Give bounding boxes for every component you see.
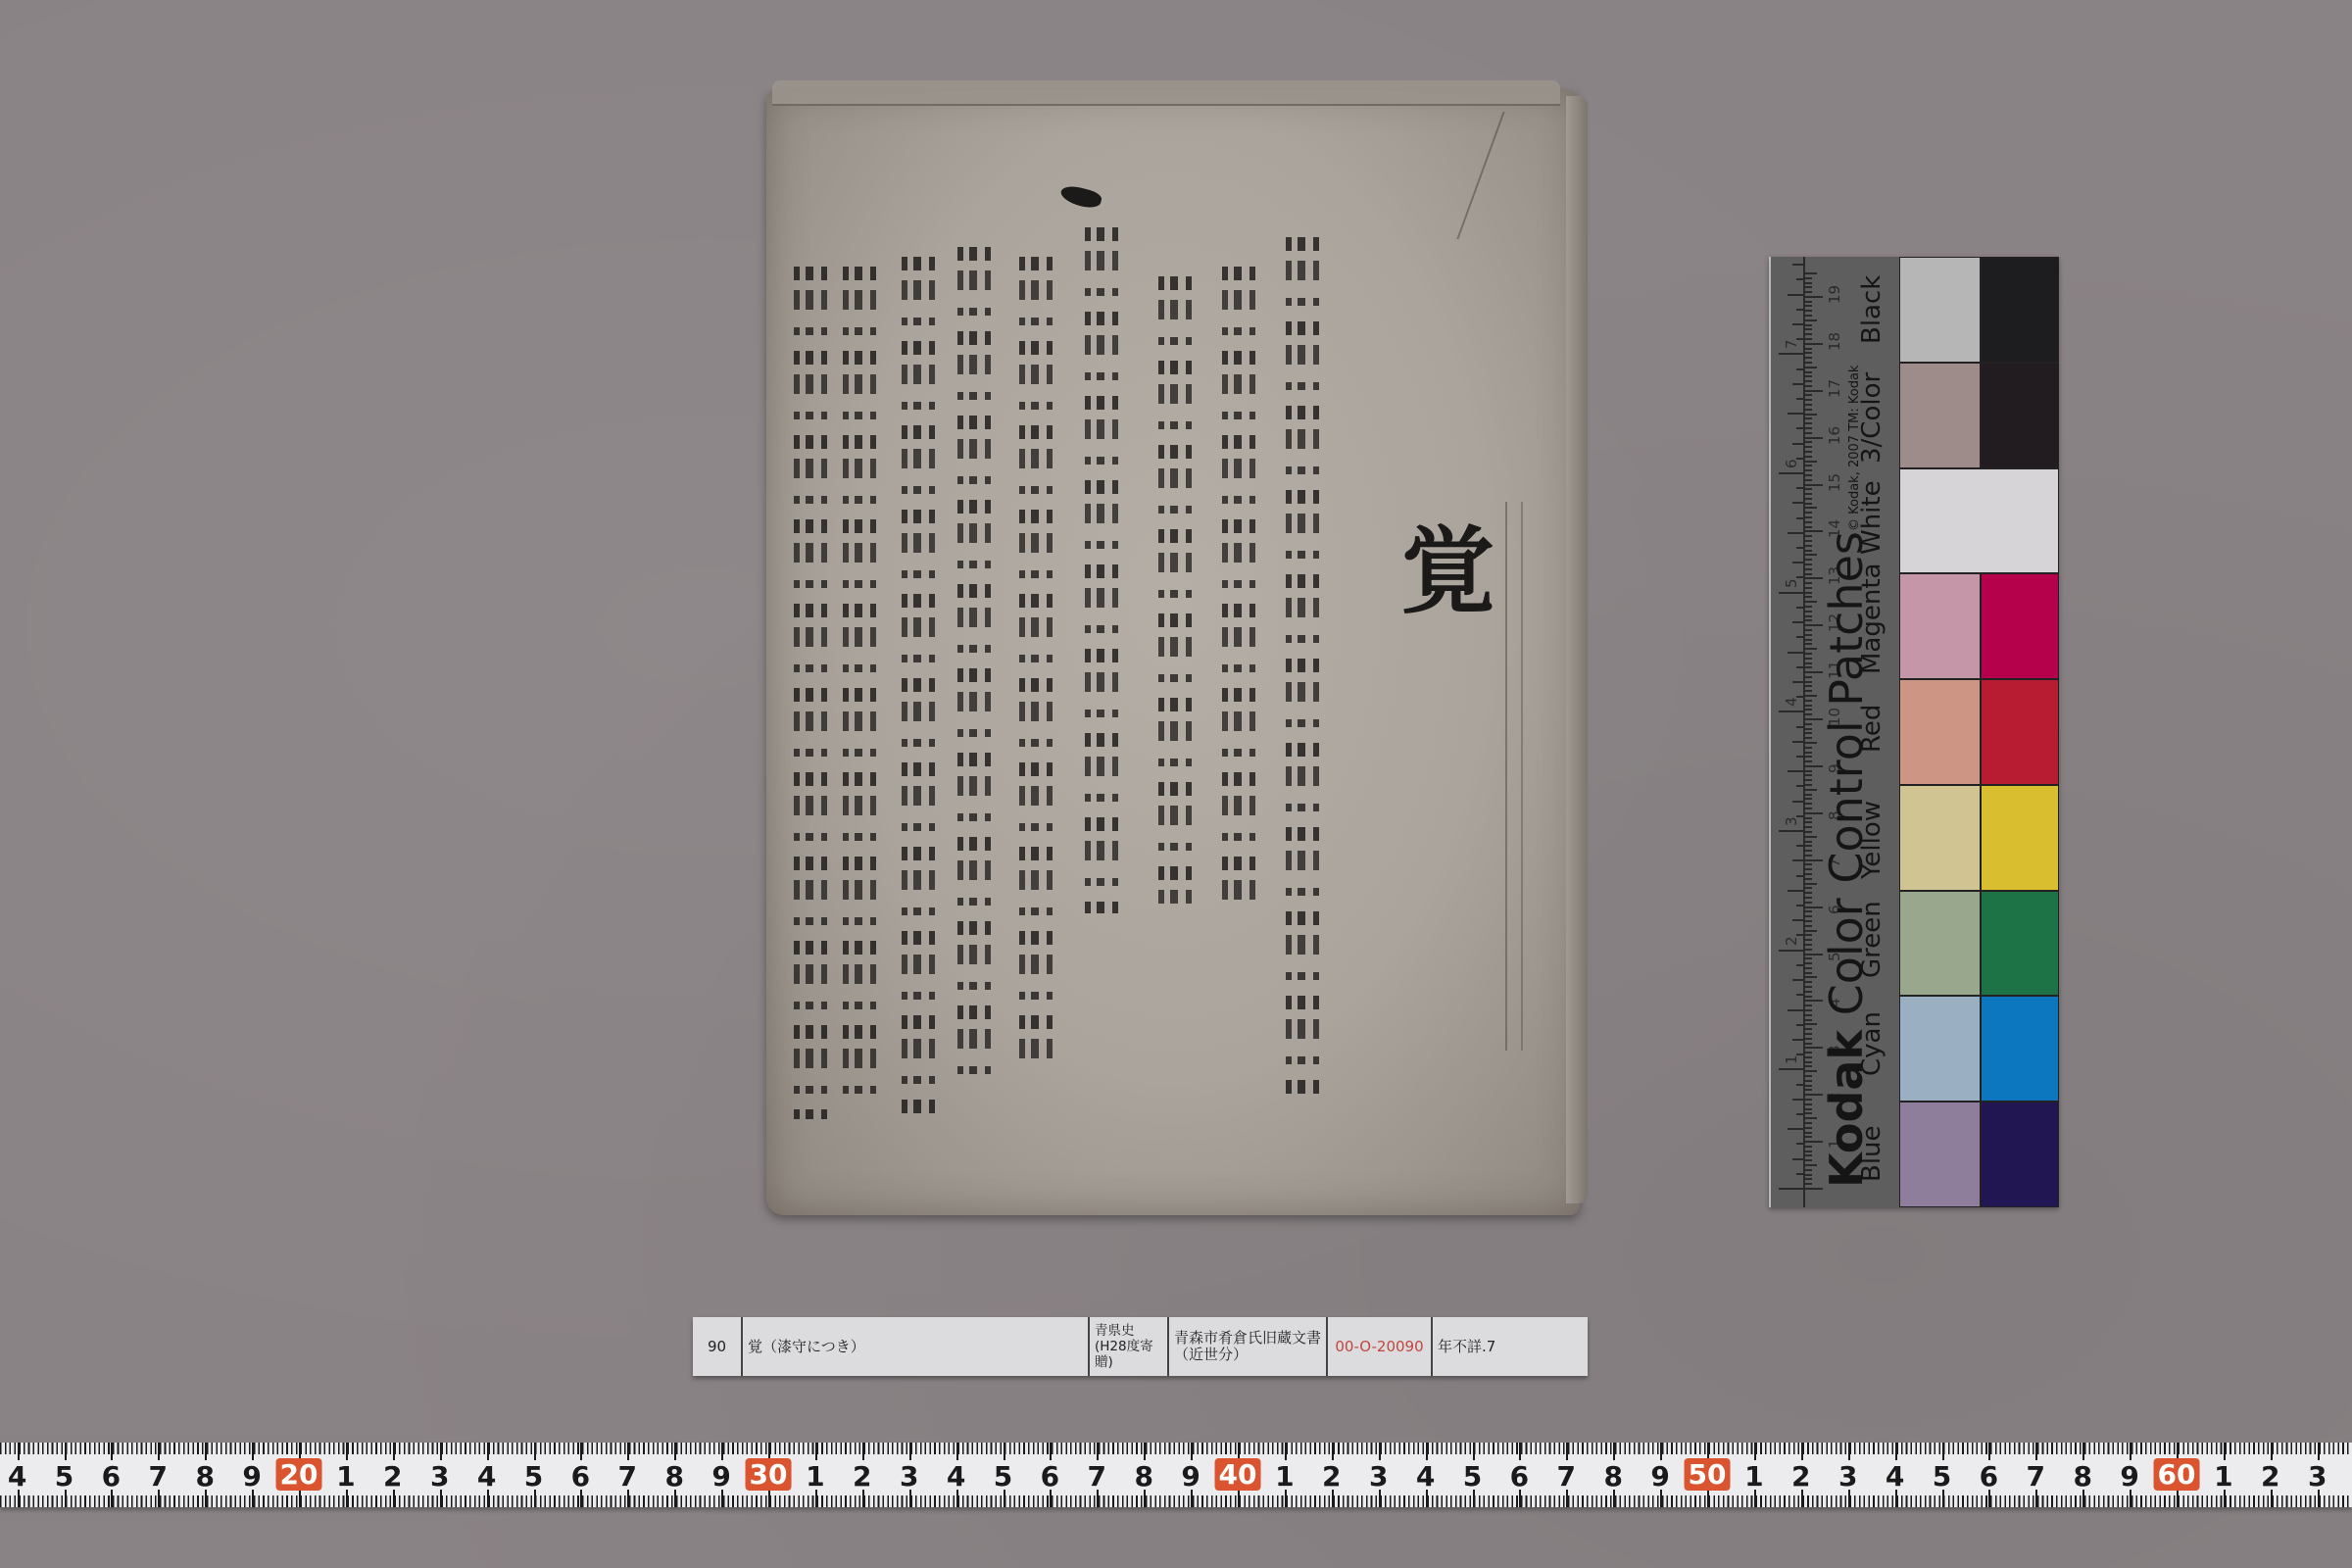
card-cm-tick — [1805, 1061, 1812, 1063]
card-cm-tick — [1805, 798, 1812, 800]
card-cm-tick — [1805, 831, 1812, 833]
card-cm-tick — [1805, 437, 1823, 439]
card-cm-tick — [1805, 451, 1812, 453]
card-cm-tick — [1805, 352, 1812, 354]
card-cm-tick — [1805, 1122, 1812, 1124]
card-inch-tick — [1796, 875, 1803, 877]
tape-cm-line — [1754, 1443, 1756, 1460]
patch-blue-dark — [1981, 1102, 2059, 1207]
tape-cm-label: 2 — [853, 1460, 871, 1493]
card-cm-tick — [1805, 855, 1812, 857]
card-inch-tick — [1796, 576, 1803, 578]
card-cm-tick — [1805, 422, 1812, 424]
card-inch-tick — [1796, 1143, 1803, 1145]
tape-cm-line — [487, 1443, 489, 1460]
card-cm-tick — [1805, 774, 1812, 776]
card-cm-tick — [1805, 1080, 1812, 1082]
patch-label: Yellow — [1857, 801, 1886, 879]
tape-cm-label: 9 — [1650, 1460, 1669, 1493]
card-cm-tick — [1805, 488, 1812, 490]
card-cm-tick — [1805, 338, 1812, 340]
patch-label: 3/Color — [1857, 371, 1886, 463]
card-cm-tick — [1805, 648, 1817, 650]
tape-cm-line — [1613, 1443, 1615, 1460]
card-cm-tick — [1805, 474, 1812, 476]
tape-cm-line — [440, 1443, 442, 1460]
card-inch-number: 7 — [1783, 340, 1800, 350]
card-inch-tick — [1792, 859, 1803, 861]
tape-cm-line — [1895, 1443, 1897, 1460]
tape-cm-line — [1426, 1443, 1428, 1460]
card-cm-tick — [1805, 695, 1817, 697]
card-cm-tick — [1805, 596, 1812, 598]
tape-cm-line — [2035, 1443, 2037, 1460]
tape-cm-label: 3 — [2308, 1460, 2327, 1493]
card-cm-tick — [1805, 328, 1812, 330]
card-cm-tick — [1805, 770, 1812, 772]
card-cm-tick — [1805, 1132, 1812, 1134]
tape-cm-label: 7 — [1557, 1460, 1576, 1493]
card-cm-tick — [1805, 1169, 1812, 1171]
card-cm-tick — [1805, 305, 1812, 307]
card-cm-tick — [1805, 981, 1812, 983]
text-column — [1158, 276, 1198, 904]
patch-3-color-light — [1899, 363, 1981, 468]
card-gray-strip: 123456789101112131415161718191234567 Kod… — [1769, 257, 1901, 1207]
card-inch-tick — [1779, 592, 1803, 594]
card-inch-tick — [1788, 294, 1803, 296]
card-cm-tick — [1805, 1089, 1812, 1091]
card-cm-tick — [1805, 747, 1812, 749]
card-cm-number: 17 — [1826, 379, 1843, 398]
card-cm-tick — [1805, 272, 1817, 274]
patch-yellow-light — [1899, 785, 1981, 891]
tape-cm-line — [1942, 1443, 1944, 1460]
card-cm-tick — [1805, 873, 1812, 875]
card-cm-tick — [1805, 1151, 1812, 1152]
card-cm-tick — [1805, 1164, 1817, 1166]
card-cm-tick — [1805, 286, 1812, 288]
tape-cm-line — [299, 1490, 301, 1507]
card-cm-tick — [1805, 554, 1817, 556]
patch-label: Red — [1857, 705, 1886, 753]
card-cm-tick — [1805, 390, 1823, 392]
card-cm-tick — [1805, 629, 1812, 631]
tape-cm-line — [1238, 1490, 1240, 1507]
card-inch-tick — [1792, 979, 1803, 981]
card-cm-tick — [1805, 550, 1812, 552]
card-cm-tick — [1805, 619, 1812, 621]
tape-cm-label: 2 — [1322, 1460, 1341, 1493]
tape-cm-label: 3 — [430, 1460, 449, 1493]
tape-cm-line — [956, 1443, 958, 1460]
card-cm-tick — [1805, 986, 1812, 988]
card-cm-tick — [1805, 296, 1823, 298]
card-cm-tick — [1805, 728, 1812, 730]
card-inch-tick — [1779, 710, 1803, 712]
text-column — [957, 247, 997, 1090]
card-cm-number: 15 — [1826, 472, 1843, 491]
card-inch-tick — [1796, 1084, 1803, 1086]
card-cm-tick — [1805, 1108, 1812, 1110]
tape-cm-label: 9 — [2120, 1460, 2138, 1493]
card-cm-tick — [1805, 789, 1817, 791]
card-cm-tick — [1805, 526, 1812, 528]
card-cm-tick — [1805, 1023, 1817, 1025]
card-inch-tick — [1792, 323, 1803, 325]
card-inch-tick — [1796, 487, 1803, 489]
card-cm-tick — [1805, 681, 1812, 683]
tape-cm-line — [65, 1443, 67, 1460]
tape-measure: 4567892012345678930123456789401234567895… — [0, 1443, 2352, 1507]
card-inch-tick — [1788, 1009, 1803, 1011]
tape-cm-label: 4 — [477, 1460, 496, 1493]
tape-cm-line — [627, 1443, 629, 1460]
card-inch-tick — [1796, 666, 1803, 668]
card-cm-tick — [1805, 742, 1817, 744]
card-cm-tick — [1805, 1146, 1812, 1148]
card-cm-tick — [1805, 897, 1812, 899]
tape-cm-label: 1 — [1744, 1460, 1763, 1493]
card-inch-tick — [1796, 815, 1803, 817]
card-cm-tick — [1805, 639, 1812, 641]
card-cm-tick — [1805, 996, 1812, 998]
card-cm-tick — [1805, 1154, 1812, 1156]
tape-cm-label: 1 — [806, 1460, 824, 1493]
card-cm-tick — [1805, 315, 1812, 317]
card-inch-tick — [1796, 547, 1803, 549]
card-cm-tick — [1805, 291, 1812, 293]
tape-cm-label: 1 — [336, 1460, 355, 1493]
card-cm-tick — [1805, 1188, 1823, 1190]
tape-cm-label: 5 — [524, 1460, 543, 1493]
patch-green-dark — [1981, 891, 2059, 997]
patch-label: Magenta — [1857, 563, 1886, 674]
document-date: 年不詳.7 — [1433, 1317, 1588, 1376]
card-cm-tick — [1805, 615, 1812, 617]
tape-cm-line — [2082, 1443, 2084, 1460]
card-cm-tick — [1805, 634, 1812, 636]
card-cm-tick — [1805, 1028, 1812, 1030]
card-cm-tick — [1805, 348, 1812, 350]
card-cm-tick — [1805, 653, 1812, 655]
card-cm-tick — [1805, 375, 1812, 377]
card-cm-tick — [1805, 976, 1817, 978]
tape-cm-line — [252, 1443, 254, 1460]
tape-cm-line — [862, 1443, 864, 1460]
patch-label: Green — [1857, 901, 1886, 978]
card-cm-tick — [1805, 582, 1812, 584]
tape-cm-line — [1285, 1443, 1287, 1460]
tape-decade-label: 50 — [1685, 1458, 1731, 1491]
card-inch-number: 1 — [1783, 1055, 1800, 1065]
text-column — [843, 267, 882, 1109]
card-cm-tick — [1805, 568, 1812, 570]
card-cm-tick — [1805, 972, 1812, 974]
tape-cm-label: 7 — [1088, 1460, 1106, 1493]
patch-magenta-dark — [1981, 573, 2059, 679]
tape-cm-line — [1519, 1443, 1521, 1460]
tape-cm-line — [1097, 1443, 1099, 1460]
card-cm-tick — [1805, 456, 1812, 458]
tape-cm-label: 8 — [1603, 1460, 1622, 1493]
card-cm-tick — [1805, 878, 1812, 880]
tape-cm-line — [2177, 1490, 2179, 1507]
card-inch-tick — [1788, 890, 1803, 892]
card-cm-tick — [1805, 934, 1812, 936]
card-cm-tick — [1805, 845, 1812, 847]
card-cm-tick — [1805, 587, 1812, 589]
card-cm-tick — [1805, 380, 1812, 382]
card-cm-tick — [1805, 1038, 1812, 1040]
tape-cm-line — [768, 1490, 770, 1507]
card-inch-number: 5 — [1783, 578, 1800, 588]
tape-cm-line — [2271, 1443, 2273, 1460]
card-cm-tick — [1805, 892, 1812, 894]
card-cm-tick — [1805, 685, 1812, 687]
kodak-color-card: 123456789101112131415161718191234567 Kod… — [1769, 257, 2059, 1207]
card-inch-tick — [1779, 472, 1803, 474]
text-column — [794, 267, 833, 1119]
card-inch-tick — [1796, 607, 1803, 609]
manuscript-title: 覚 — [1374, 521, 1508, 615]
tape-cm-line — [909, 1443, 911, 1460]
card-inch-tick — [1796, 458, 1803, 460]
card-inch-number: 4 — [1783, 698, 1800, 708]
card-cm-tick — [1805, 592, 1812, 594]
card-cm-tick — [1805, 643, 1812, 645]
tape-cm-label: 5 — [1933, 1460, 1951, 1493]
tape-cm-line — [534, 1443, 536, 1460]
card-inch-tick — [1792, 1039, 1803, 1041]
card-inch-tick — [1779, 1068, 1803, 1070]
tape-cm-label: 8 — [1134, 1460, 1152, 1493]
patch-label: Black — [1857, 275, 1886, 344]
card-inch-tick — [1792, 443, 1803, 445]
card-cm-tick — [1805, 700, 1812, 702]
tape-cm-label: 6 — [102, 1460, 121, 1493]
card-cm-tick — [1805, 469, 1812, 471]
card-inch-tick — [1788, 1128, 1803, 1130]
tape-cm-line — [721, 1443, 723, 1460]
tape-cm-line — [1473, 1443, 1475, 1460]
card-cm-tick — [1805, 821, 1812, 823]
document-title: 覚（漆守につき） — [743, 1317, 1090, 1376]
tape-cm-label: 9 — [242, 1460, 261, 1493]
card-cm-tick — [1805, 545, 1812, 547]
tape-cm-line — [1566, 1443, 1568, 1460]
tape-cm-label: 6 — [571, 1460, 590, 1493]
catalog-label: 90 覚（漆守につき） 青県史 (H28度寄贈) 青森市肴倉氏旧蔵文書 （近世分… — [693, 1317, 1588, 1376]
manuscript-page: 覚 — [766, 90, 1580, 1215]
card-inch-tick — [1779, 353, 1803, 355]
card-inch-tick — [1792, 502, 1803, 504]
card-cm-tick — [1805, 362, 1812, 364]
tape-cm-label: 6 — [1980, 1460, 1998, 1493]
patch-magenta-light — [1899, 573, 1981, 679]
card-cm-tick — [1805, 1183, 1812, 1185]
tape-cm-line — [1801, 1443, 1803, 1460]
card-cm-tick — [1805, 967, 1812, 969]
card-inch-tick — [1796, 726, 1803, 728]
card-inch-tick — [1792, 801, 1803, 803]
card-cm-tick — [1805, 432, 1812, 434]
card-inch-tick — [1796, 1053, 1803, 1055]
tape-decade-label: 20 — [276, 1458, 322, 1491]
card-cm-tick — [1805, 446, 1812, 448]
document-id: 00-O-20090 — [1328, 1317, 1433, 1376]
tape-cm-line — [1144, 1443, 1146, 1460]
tape-cm-line — [1332, 1443, 1334, 1460]
card-cm-tick — [1805, 1033, 1812, 1035]
card-cm-tick — [1805, 991, 1812, 993]
card-inch-tick — [1792, 919, 1803, 921]
tape-cm-line — [815, 1443, 817, 1460]
page-stack-top-edge — [772, 80, 1560, 106]
card-cm-tick — [1805, 1070, 1817, 1072]
card-cm-tick — [1805, 1065, 1812, 1067]
card-cm-tick — [1805, 1019, 1812, 1021]
card-cm-tick — [1805, 1085, 1812, 1087]
tape-cm-label: 1 — [2214, 1460, 2232, 1493]
card-inch-tick — [1796, 756, 1803, 758]
card-cm-tick — [1805, 394, 1812, 396]
card-cm-tick — [1805, 779, 1812, 781]
card-inch-tick — [1796, 964, 1803, 966]
card-cm-tick — [1805, 333, 1812, 335]
card-inch-tick — [1792, 264, 1803, 266]
patch-red-dark — [1981, 679, 2059, 785]
tape-cm-line — [1848, 1443, 1850, 1460]
card-cm-tick — [1805, 910, 1812, 912]
tape-cm-line — [674, 1443, 676, 1460]
card-cm-tick — [1805, 803, 1812, 805]
card-inch-tick — [1796, 398, 1803, 400]
card-cm-tick — [1805, 1103, 1812, 1105]
card-inch-tick — [1796, 517, 1803, 519]
card-cm-tick — [1805, 310, 1812, 312]
tape-cm-label: 3 — [900, 1460, 918, 1493]
catalog-number: 90 — [693, 1317, 743, 1376]
item-mark-ichi — [1058, 183, 1102, 211]
card-cm-tick — [1805, 944, 1812, 946]
card-cm-tick — [1805, 1174, 1812, 1176]
text-column — [1019, 257, 1058, 1060]
card-inch-tick — [1796, 368, 1803, 370]
card-cm-tick — [1805, 399, 1812, 401]
card-cm-tick — [1805, 563, 1812, 565]
card-cm-tick — [1805, 658, 1812, 660]
text-column — [1286, 237, 1325, 1100]
card-inch-tick — [1792, 1099, 1803, 1101]
tape-cm-label: 2 — [383, 1460, 402, 1493]
card-cm-number: 16 — [1826, 426, 1843, 445]
tape-cm-label: 3 — [1369, 1460, 1388, 1493]
tape-cm-line — [1004, 1443, 1005, 1460]
card-inch-tick — [1779, 950, 1803, 952]
card-cm-tick — [1805, 507, 1817, 509]
card-cm-tick — [1805, 752, 1812, 754]
text-column — [1222, 267, 1261, 904]
card-cm-tick — [1805, 676, 1812, 678]
document-source: 青県史 (H28度寄贈) — [1090, 1317, 1169, 1376]
card-inch-tick — [1796, 338, 1803, 340]
card-inch-tick — [1796, 278, 1803, 280]
card-cm-tick — [1805, 1056, 1812, 1058]
card-cm-tick — [1805, 606, 1812, 608]
card-inch-tick — [1792, 741, 1803, 743]
color-patches — [1899, 257, 2059, 1207]
card-cm-tick — [1805, 808, 1812, 809]
tape-decade-label: 60 — [2154, 1458, 2200, 1491]
card-cm-tick — [1805, 385, 1812, 387]
patch-3-color-dark — [1981, 363, 2059, 468]
tape-cm-label: 5 — [1463, 1460, 1482, 1493]
card-cm-tick — [1805, 887, 1812, 889]
card-cm-tick — [1805, 540, 1812, 542]
card-cm-tick — [1805, 1075, 1812, 1077]
card-cm-tick — [1805, 784, 1812, 786]
card-cm-tick — [1805, 737, 1812, 739]
card-inch-tick — [1796, 994, 1803, 996]
card-cm-tick — [1805, 915, 1812, 917]
card-inch-tick — [1788, 652, 1803, 654]
patch-label: Blue — [1857, 1126, 1886, 1183]
card-cm-tick — [1805, 1127, 1812, 1129]
card-inch-number: 2 — [1783, 936, 1800, 946]
card-cm-tick — [1805, 850, 1812, 852]
card-cm-tick — [1805, 441, 1812, 443]
tape-cm-label: 2 — [2261, 1460, 2279, 1493]
card-cm-tick — [1805, 324, 1812, 326]
patch-cyan-light — [1899, 996, 1981, 1102]
card-cm-tick — [1805, 939, 1812, 941]
card-cm-tick — [1805, 1099, 1812, 1101]
card-cm-tick — [1805, 512, 1812, 514]
card-cm-tick — [1805, 920, 1812, 922]
card-cm-tick — [1805, 957, 1812, 959]
card-inch-number: 3 — [1783, 816, 1800, 826]
card-inch-tick — [1796, 845, 1803, 847]
card-cm-tick — [1805, 949, 1812, 951]
tape-cm-label: 2 — [1791, 1460, 1810, 1493]
card-cm-tick — [1805, 1014, 1812, 1016]
card-inch-number: 6 — [1783, 459, 1800, 468]
tape-cm-label: 9 — [711, 1460, 730, 1493]
card-cm-tick — [1805, 521, 1812, 523]
card-inch-tick — [1792, 681, 1803, 683]
tape-cm-line — [2130, 1443, 2131, 1460]
card-cm-tick — [1805, 666, 1812, 668]
tape-mm-ticks-bottom — [0, 1495, 2352, 1507]
page-stack-right-edge — [1566, 96, 1588, 1203]
tape-decade-label: 40 — [1215, 1458, 1261, 1491]
card-cm-tick — [1805, 465, 1812, 466]
card-inch-tick — [1796, 309, 1803, 311]
tape-cm-line — [346, 1443, 348, 1460]
tape-cm-label: 7 — [2027, 1460, 2045, 1493]
tape-cm-line — [158, 1443, 160, 1460]
card-inch-tick — [1788, 532, 1803, 534]
card-cm-tick — [1805, 1136, 1812, 1138]
card-cm-tick — [1805, 690, 1812, 692]
card-cm-tick — [1805, 709, 1812, 710]
tape-cm-label: 9 — [1181, 1460, 1200, 1493]
card-cm-tick — [1805, 817, 1812, 819]
tape-cm-label: 5 — [994, 1460, 1012, 1493]
card-cm-tick — [1805, 301, 1812, 303]
tape-cm-label: 6 — [1041, 1460, 1059, 1493]
